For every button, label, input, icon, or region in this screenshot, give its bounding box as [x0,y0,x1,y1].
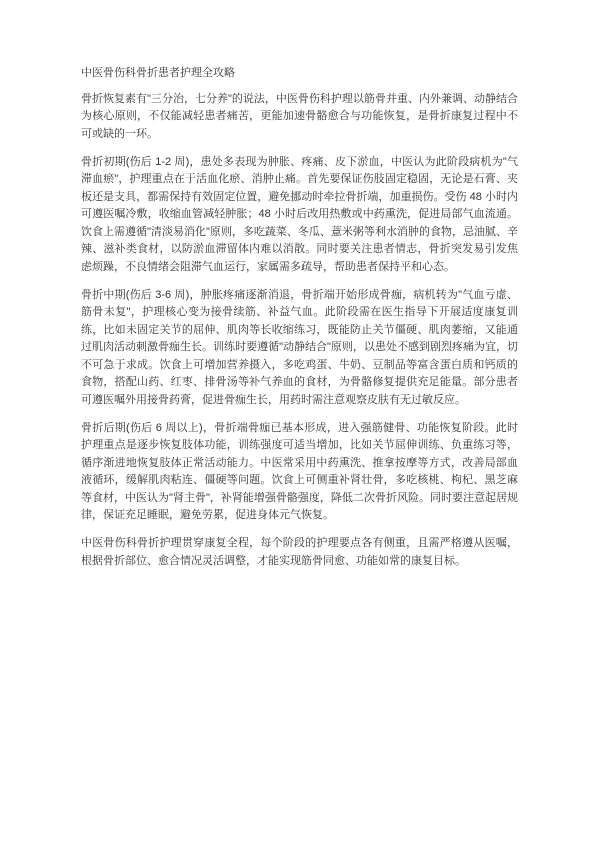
document-page: 中医骨伤科骨折患者护理全攻略 骨折恢复素有"三分治，七分养"的说法，中医骨伤科护… [0,0,595,841]
paragraph-intro: 骨折恢复素有"三分治，七分养"的说法，中医骨伤科护理以筋骨并重、内外兼调、动静结… [81,91,518,144]
paragraph-conclusion: 中医骨伤科骨折护理贯穿康复全程，每个阶段的护理要点各有侧重，且需严格遵从医嘱，根… [81,535,518,570]
paragraph-middle-stage: 骨折中期(伤后 3-6 周)，肿胀疼痛逐渐消退，骨折端开始形成骨痂，病机转为"气… [81,287,518,410]
document-content: 中医骨伤科骨折患者护理全攻略 骨折恢复素有"三分治，七分养"的说法，中医骨伤科护… [0,0,595,570]
paragraph-late-stage: 骨折后期(伤后 6 周以上)，骨折端骨痂已基本形成，进入强筋健骨、功能恢复阶段。… [81,420,518,525]
document-title: 中医骨伤科骨折患者护理全攻略 [81,65,518,83]
paragraph-early-stage: 骨折初期(伤后 1-2 周)，患处多表现为肿胀、疼痛、皮下淤血，中医认为此阶段病… [81,154,518,277]
